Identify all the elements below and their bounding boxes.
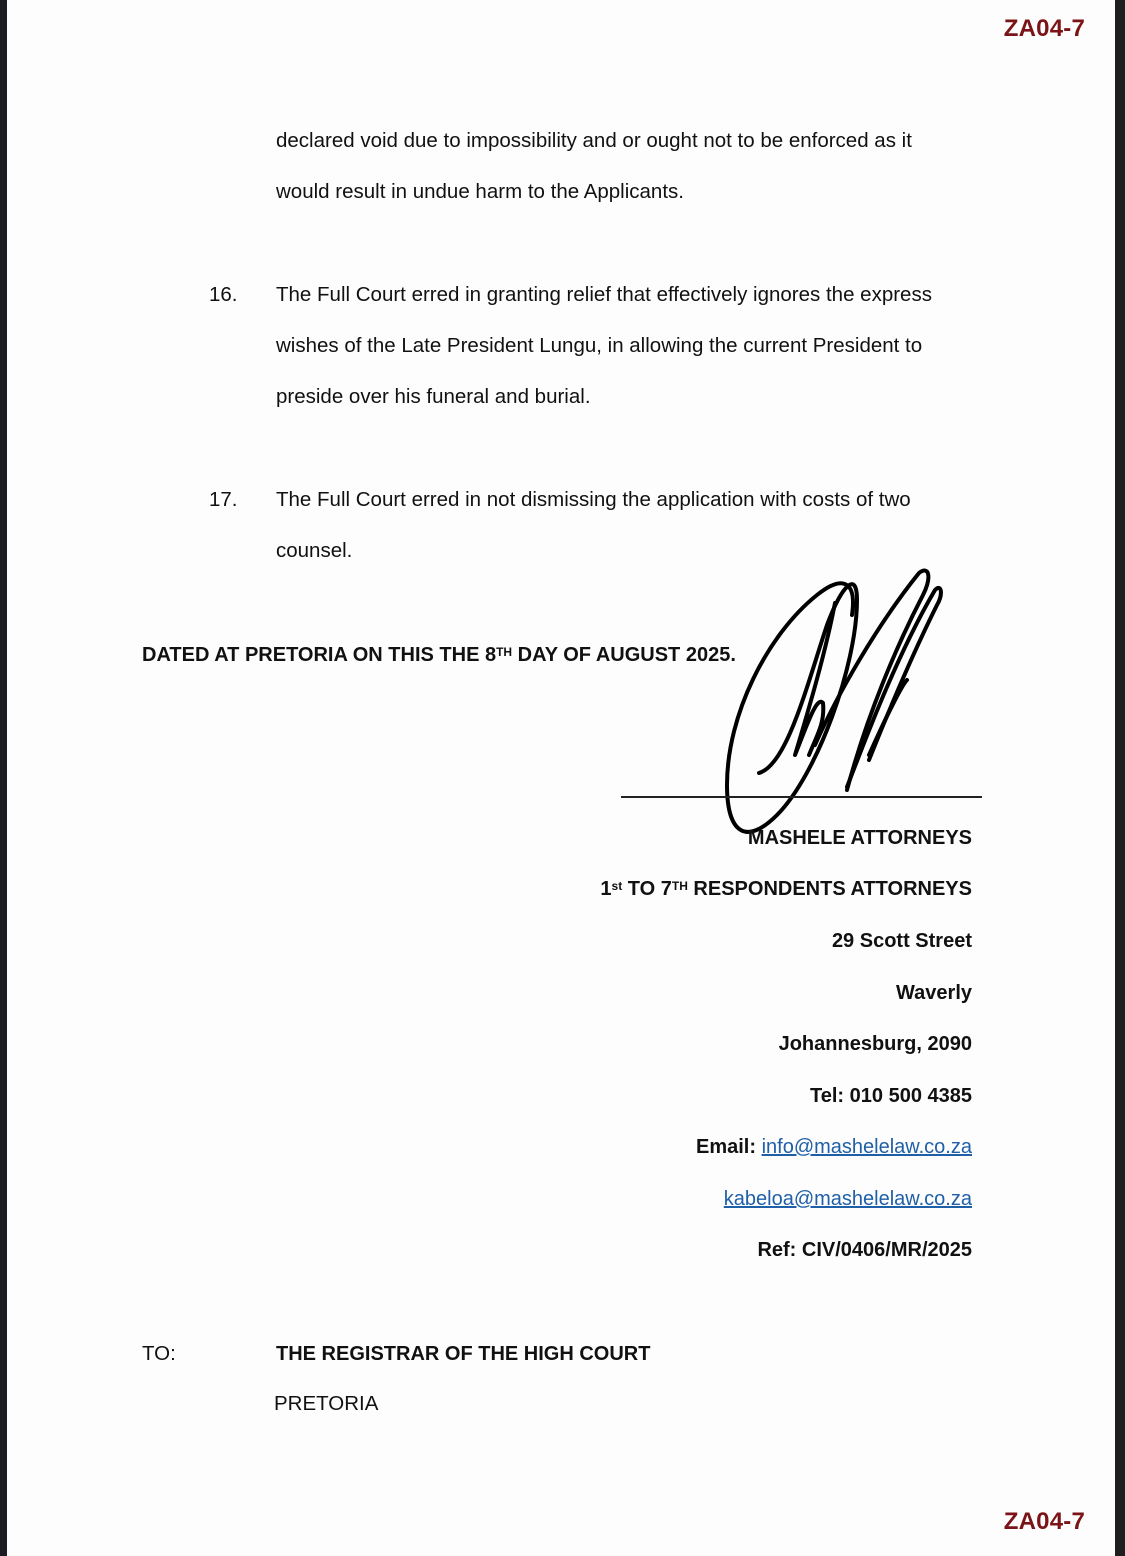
reference-number: Ref: CIV/0406/MR/2025	[757, 1238, 972, 1262]
dated-prefix: DATED AT PRETORIA ON THIS THE 8	[142, 644, 496, 666]
handwritten-signature	[697, 555, 977, 845]
email-row: Email: info@mashelelaw.co.za	[696, 1135, 972, 1159]
paragraph-17-line-2: counsel.	[276, 539, 352, 563]
paragraph-17-line-1: The Full Court erred in not dismissing t…	[276, 488, 911, 512]
paragraph-16-line-3: preside over his funeral and burial.	[276, 385, 591, 409]
dated-statement: DATED AT PRETORIA ON THIS THE 8TH DAY OF…	[142, 643, 736, 667]
signature-line	[621, 796, 982, 798]
paragraph-15-line-2: would result in undue harm to the Applic…	[276, 180, 684, 204]
address-suburb: Waverly	[896, 981, 972, 1005]
role-sup-2: TH	[672, 879, 688, 893]
email-label: Email:	[696, 1136, 762, 1158]
telephone: Tel: 010 500 4385	[810, 1084, 972, 1108]
email-link-info[interactable]: info@mashelelaw.co.za	[762, 1136, 972, 1158]
dated-sup: TH	[496, 645, 512, 659]
paragraph-16-number: 16.	[209, 283, 238, 307]
role-part-1: 1	[600, 878, 611, 900]
address-street: 29 Scott Street	[832, 929, 972, 953]
email-link-kabeloa[interactable]: kabeloa@mashelelaw.co.za	[724, 1188, 972, 1210]
firm-role: 1st TO 7TH RESPONDENTS ATTORNEYS	[600, 877, 972, 901]
email-row-2: kabeloa@mashelelaw.co.za	[724, 1187, 972, 1211]
document-id-top: ZA04-7	[1004, 15, 1085, 43]
viewer-right-edge	[1115, 0, 1125, 1556]
to-label: TO:	[142, 1342, 176, 1366]
paragraph-17-number: 17.	[209, 488, 238, 512]
paragraph-16-line-1: The Full Court erred in granting relief …	[276, 283, 932, 307]
to-location: PRETORIA	[274, 1392, 378, 1416]
paragraph-15-line-1: declared void due to impossibility and o…	[276, 129, 912, 153]
address-city: Johannesburg, 2090	[779, 1032, 972, 1056]
paragraph-16-line-2: wishes of the Late President Lungu, in a…	[276, 334, 922, 358]
role-part-3: RESPONDENTS ATTORNEYS	[688, 878, 972, 900]
firm-name: MASHELE ATTORNEYS	[748, 826, 972, 850]
viewer-left-edge	[0, 0, 7, 1556]
role-sup-1: st	[612, 879, 623, 893]
role-part-2: TO 7	[622, 878, 672, 900]
document-id-bottom: ZA04-7	[1004, 1508, 1085, 1536]
document-page: ZA04-7 declared void due to impossibilit…	[7, 0, 1115, 1556]
to-addressee: THE REGISTRAR OF THE HIGH COURT	[276, 1342, 650, 1366]
